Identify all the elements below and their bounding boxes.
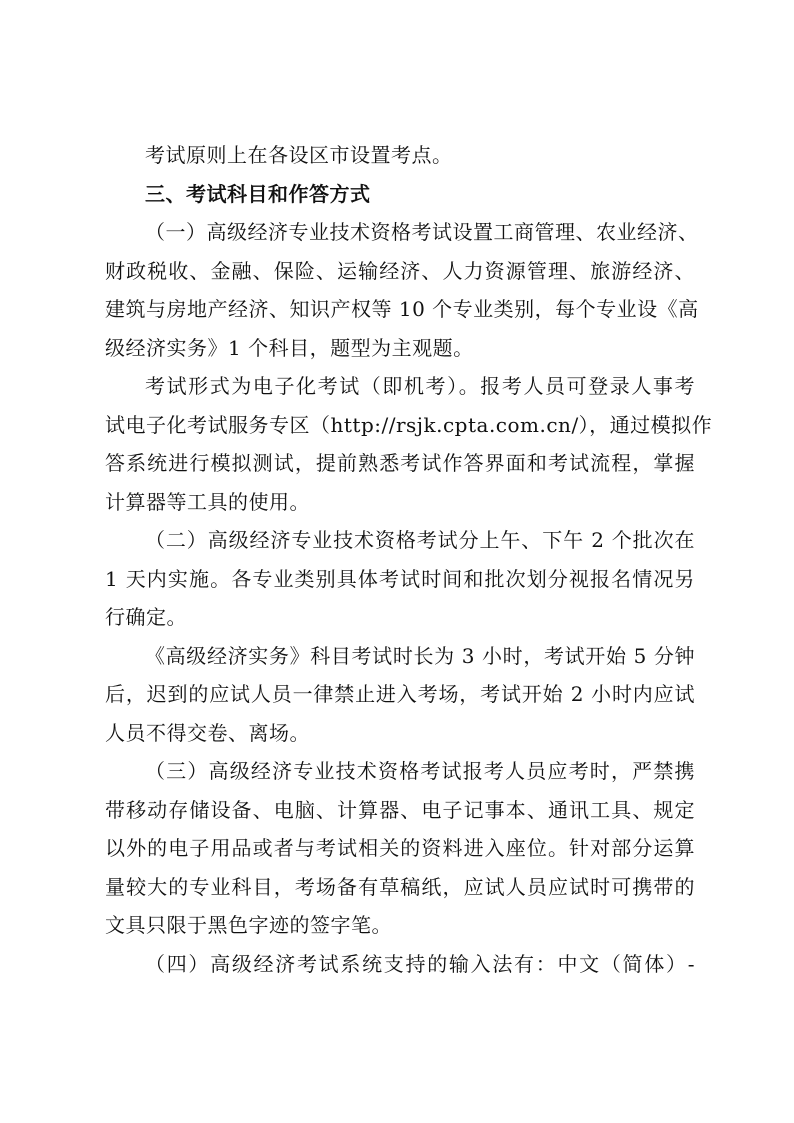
paragraph-line: 计算器等工具的使用。 xyxy=(105,483,695,522)
paragraph-line: 财政税收、金融、保险、运输经济、人力资源管理、旅游经济、 xyxy=(105,252,695,291)
paragraph-line: 考试形式为电子化考试（即机考）。报考人员可登录人事考 xyxy=(105,367,695,406)
paragraph-line: （二）高级经济专业技术资格考试分上午、下午 2 个批次在 xyxy=(105,521,695,560)
paragraph-line: 量较大的专业科目，考场备有草稿纸，应试人员应试时可携带的 xyxy=(105,868,695,907)
paragraph-line: 行确定。 xyxy=(105,598,695,637)
paragraph-line: 以外的电子用品或者与考试相关的资料进入座位。针对部分运算 xyxy=(105,829,695,868)
paragraph-line: （四）高级经济考试系统支持的输入法有：中文（简体）- xyxy=(105,945,695,984)
paragraph-line: 试电子化考试服务专区（http://rsjk.cpta.com.cn/），通过模… xyxy=(105,406,695,445)
paragraph-line: （三）高级经济专业技术资格考试报考人员应考时，严禁携 xyxy=(105,752,695,791)
paragraph-line: 1 天内实施。各专业类别具体考试时间和批次划分视报名情况另 xyxy=(105,560,695,599)
paragraph-line: 建筑与房地产经济、知识产权等 10 个专业类别，每个专业设《高 xyxy=(105,290,695,329)
section-heading: 三、考试科目和作答方式 xyxy=(105,175,695,214)
paragraph-line: 带移动存储设备、电脑、计算器、电子记事本、通讯工具、规定 xyxy=(105,791,695,830)
paragraph-line: 《高级经济实务》科目考试时长为 3 小时，考试开始 5 分钟 xyxy=(105,637,695,676)
paragraph-line: 后，迟到的应试人员一律禁止进入考场，考试开始 2 小时内应试 xyxy=(105,675,695,714)
document-page: 考试原则上在各设区市设置考点。 三、考试科目和作答方式 （一）高级经济专业技术资… xyxy=(105,136,695,983)
paragraph-line: （一）高级经济专业技术资格考试设置工商管理、农业经济、 xyxy=(105,213,695,252)
paragraph-line: 答系统进行模拟测试，提前熟悉考试作答界面和考试流程，掌握 xyxy=(105,444,695,483)
paragraph-line: 文具只限于黑色字迹的签字笔。 xyxy=(105,906,695,945)
paragraph-line: 考试原则上在各设区市设置考点。 xyxy=(105,136,695,175)
paragraph-line: 人员不得交卷、离场。 xyxy=(105,714,695,753)
paragraph-line: 级经济实务》1 个科目，题型为主观题。 xyxy=(105,329,695,368)
